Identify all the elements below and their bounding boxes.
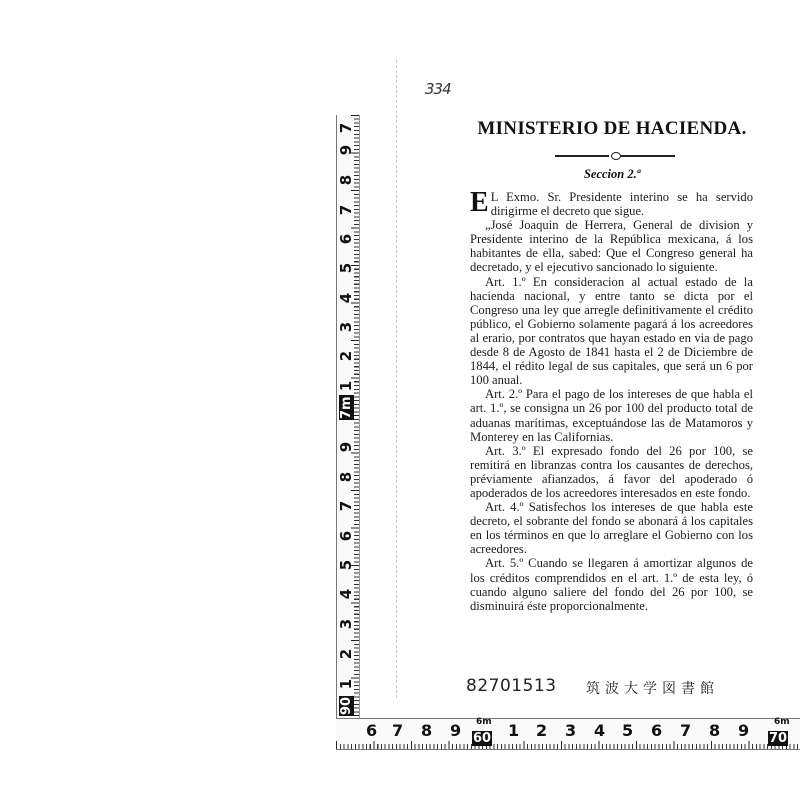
ruler-label: 5 <box>622 721 633 740</box>
ruler-label: 8 <box>339 173 353 187</box>
document-body: E L Exmo. Sr. Presidente interino se ha … <box>470 190 753 613</box>
ruler-label: 9 <box>339 440 353 454</box>
ruler-label: 3 <box>565 721 576 740</box>
ruler-label: 5 <box>339 558 353 572</box>
ruler-label: 7 <box>339 203 353 217</box>
ruler-label: 1 <box>339 677 353 691</box>
ruler-label: 9 <box>738 721 749 740</box>
ruler-label: 7 <box>339 121 353 135</box>
ruler-label: 6 <box>339 529 353 543</box>
section-heading: Seccion 2.ª <box>472 167 752 182</box>
ruler-label: 2 <box>339 647 353 661</box>
handwritten-page-number: 334 <box>425 80 451 98</box>
ruler-label: 8 <box>339 470 353 484</box>
ruler-label: 9 <box>339 143 353 157</box>
ruler-label: 9 <box>450 721 461 740</box>
article-4: Art. 4.º Satisfechos los intereses de qu… <box>470 500 753 556</box>
ruler-label: 3 <box>339 320 353 334</box>
ruler-label: 6 <box>339 232 353 246</box>
page-title: MINISTERIO DE HACIENDA. <box>472 118 752 140</box>
ruler-label: 3 <box>339 617 353 631</box>
ruler-label: 6 <box>651 721 662 740</box>
decree-preamble: „José Joaquin de Herrera, General de div… <box>470 218 753 274</box>
ruler-label: 7 <box>680 721 691 740</box>
ruler-label: 4 <box>339 587 353 601</box>
ruler-label: 4 <box>594 721 605 740</box>
ruler-badge: 90 <box>338 702 354 716</box>
article-3: Art. 3.º El expresado fondo del 26 por 1… <box>470 444 753 500</box>
ruler-label: 8 <box>709 721 720 740</box>
ruler-label: 2 <box>339 349 353 363</box>
ruler-label: 4 <box>339 291 353 305</box>
article-5: Art. 5.º Cuando se llegaren á amortizar … <box>470 556 753 612</box>
opening-paragraph: E L Exmo. Sr. Presidente interino se ha … <box>470 190 753 218</box>
ruler-label: 1 <box>508 721 519 740</box>
ruler-badge: 60 <box>472 727 492 746</box>
ruler-label: 1 <box>339 379 353 393</box>
article-2: Art. 2.º Para el pago de los intereses d… <box>470 387 753 443</box>
ruler-label: 8 <box>421 721 432 740</box>
ruler-label: 2 <box>536 721 547 740</box>
page-fold-line <box>396 60 397 700</box>
ruler-label: 6 <box>366 721 377 740</box>
dropcap-letter: E <box>470 191 489 215</box>
unit-mark: 6m <box>774 717 790 727</box>
article-1: Art. 1.º En consideracion al actual esta… <box>470 275 753 388</box>
unit-mark: 6m <box>476 717 492 727</box>
ruler-ticks <box>336 741 800 749</box>
ruler-badge: 7m <box>338 406 354 420</box>
catalog-number: 82701513 <box>466 676 557 696</box>
ruler-label: 7 <box>339 499 353 513</box>
ruler-badge: 70 <box>768 727 788 746</box>
ruler-label: 5 <box>339 261 353 275</box>
library-stamp: 筑波大学図書館 <box>586 678 719 698</box>
ornament-divider <box>555 151 675 161</box>
horizontal-measuring-ruler: 6 7 8 9 6m 60 1 2 3 4 5 6 7 8 9 6m 70 <box>336 718 800 750</box>
vertical-measuring-ruler: 7 9 8 7 6 5 4 3 2 1 7m 9 8 7 6 5 4 3 2 1… <box>336 115 360 748</box>
ruler-label: 7 <box>392 721 403 740</box>
